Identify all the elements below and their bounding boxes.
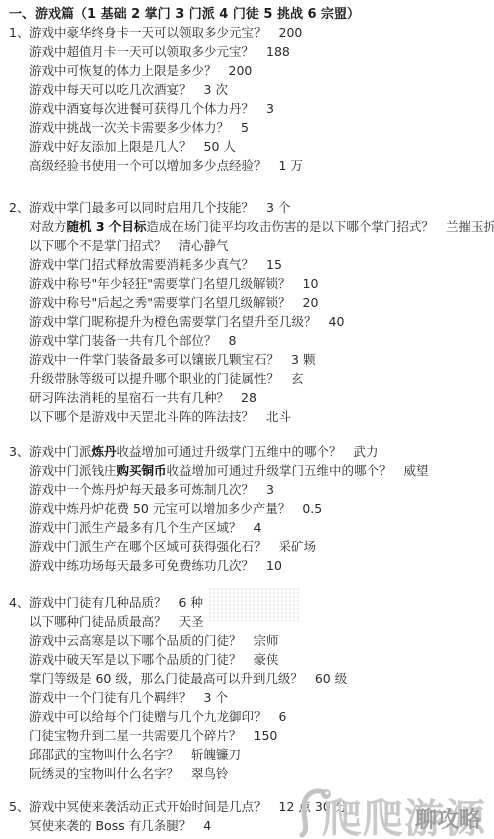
qa-row: 对敌方随机 3 个目标造成在场门徒平均攻击伤害的是以下哪个掌门招式？兰摧玉折 xyxy=(0,218,494,236)
answer: 豪侠 xyxy=(254,652,279,667)
question: 以下哪个是游戏中天罡北斗阵的阵法技？ xyxy=(29,409,254,424)
answer: 6 种 xyxy=(179,595,203,610)
answer: 武力 xyxy=(354,444,379,459)
question-prefix: 游戏中门派 xyxy=(29,444,92,459)
question-suffix: 造成在场门徒平均攻击伤害的是以下哪个掌门招式？ xyxy=(146,219,434,234)
question: 游戏中豪华终身卡一天可以领取多少元宝？ xyxy=(29,25,267,40)
qa-row: 门徒宝物升到二星一共需要几个碎片？150 xyxy=(0,727,494,745)
question: 游戏中门派生产在哪个区域可获得强化石？ xyxy=(29,539,267,554)
qa-row: 游戏中好友添加上限是几人？50 人 xyxy=(0,138,494,156)
answer: 10 xyxy=(266,558,282,573)
qa-row: 游戏中超值月卡一天可以领取多少元宝？188 xyxy=(0,43,494,61)
answer: 3 个 xyxy=(266,200,290,215)
question: 高级经验书使用一个可以增加多少点经验？ xyxy=(29,158,267,173)
answer: 斩魄镰刀 xyxy=(191,747,241,762)
qa-row: 游戏中酒宴每次进餐可获得几个体力丹？3 xyxy=(0,100,494,118)
answer: 60 级 xyxy=(315,671,347,686)
answer: 威望 xyxy=(404,463,429,478)
question: 游戏中一个炼丹炉每天最多可炼制几次？ xyxy=(29,482,254,497)
answer: 1 万 xyxy=(279,158,303,173)
question: 游戏中炼丹炉花费 50 元宝可以增加多少产量？ xyxy=(29,501,290,516)
answer: 200 xyxy=(229,63,253,78)
section-number: 2、 xyxy=(9,199,29,217)
question: 游戏中破天军是以下哪个品质的门徒？ xyxy=(29,652,242,667)
question: 游戏中云高寒是以下哪个品质的门徒？ xyxy=(29,633,242,648)
answer: 15 xyxy=(266,257,282,272)
answer: 200 xyxy=(279,25,303,40)
question: 游戏中门徒有几种品质？ xyxy=(29,595,167,610)
answer: 40 xyxy=(329,314,345,329)
question: 游戏中掌门最多可以同时启用几个技能？ xyxy=(29,200,254,215)
answer: 3 xyxy=(266,101,274,116)
qa-row: 研习阵法消耗的星宿石一共有几种？28 xyxy=(0,389,494,407)
section-number: 4、 xyxy=(9,594,29,612)
answer: 翠鸟铃 xyxy=(191,766,229,781)
answer: 玄 xyxy=(291,371,304,386)
answer: 3 xyxy=(266,482,274,497)
qa-row: 游戏中门派生产最多有几个生产区域？4 xyxy=(0,519,494,537)
qa-row: 阮绣灵的宝物叫什么名字？翠鸟铃 xyxy=(0,765,494,783)
qa-row: 游戏中门派钱庄购买铜币收益增加可通过升级掌门五维中的哪个？威望 xyxy=(0,462,494,480)
qa-row: 游戏中破天军是以下哪个品质的门徒？豪侠 xyxy=(0,651,494,669)
question: 游戏中称号"年少轻狂"需要掌门名望几级解锁？ xyxy=(29,276,291,291)
qa-row: 2、 游戏中掌门最多可以同时启用几个技能？3 个 xyxy=(0,199,494,217)
answer: 20 xyxy=(303,295,319,310)
answer: 北斗 xyxy=(266,409,291,424)
question: 游戏中可以给每个门徒赠与几个九龙御印？ xyxy=(29,709,267,724)
answer: 清心静气 xyxy=(179,238,229,253)
answer: 5 xyxy=(241,120,249,135)
qa-row: 游戏中挑战一次关卡需要多少体力？5 xyxy=(0,119,494,137)
question-prefix: 游戏中门派钱庄 xyxy=(29,463,117,478)
question: 游戏中称号"后起之秀"需要掌门名望几级解锁？ xyxy=(29,295,291,310)
question: 游戏中一个门徒有几个羁绊？ xyxy=(29,690,192,705)
question: 升级带脉等级可以提升哪个职业的门徒属性？ xyxy=(29,371,279,386)
document-page: 一、游戏篇（1 基础 2 掌门 3 门派 4 门徒 5 挑战 6 宗盟） 1、 … xyxy=(0,0,494,839)
question: 游戏中掌门装备一共有几个部位？ xyxy=(29,333,217,348)
question: 游戏中超值月卡一天可以领取多少元宝？ xyxy=(29,44,254,59)
answer: 采矿场 xyxy=(279,539,317,554)
answer: 50 人 xyxy=(204,139,236,154)
qa-row: 游戏中炼丹炉花费 50 元宝可以增加多少产量？0.5 xyxy=(0,500,494,518)
answer: 10 xyxy=(303,276,319,291)
question: 门徒宝物升到二星一共需要几个碎片？ xyxy=(29,728,242,743)
answer: 6 xyxy=(279,709,287,724)
qa-row: 升级带脉等级可以提升哪个职业的门徒属性？玄 xyxy=(0,370,494,388)
qa-row: 高级经验书使用一个可以增加多少点经验？1 万 xyxy=(0,157,494,175)
document-heading: 一、游戏篇（1 基础 2 掌门 3 门派 4 门徒 5 挑战 6 宗盟） xyxy=(9,3,360,22)
question: 游戏中酒宴每次进餐可获得几个体力丹？ xyxy=(29,101,254,116)
answer: 兰摧玉折 xyxy=(446,219,494,234)
qa-row: 游戏中门派生产在哪个区域可获得强化石？采矿场 xyxy=(0,538,494,556)
question-emphasis: 炼丹 xyxy=(92,444,117,459)
qa-row: 掌门等级是 60 级，那么门徒最高可以升到几级？60 级 xyxy=(0,670,494,688)
qa-row: 游戏中练功场每天最多可免费练功几次？10 xyxy=(0,557,494,575)
answer: 3 颗 xyxy=(291,352,315,367)
qa-row: 游戏中可以给每个门徒赠与几个九龙御印？6 xyxy=(0,708,494,726)
section-number: 3、 xyxy=(9,443,29,461)
answer: 0.5 xyxy=(302,501,322,516)
answer: 3 次 xyxy=(204,82,228,97)
qa-row: 1、 游戏中豪华终身卡一天可以领取多少元宝？200 xyxy=(0,24,494,42)
qa-row: 游戏中一个门徒有几个羁绊？3 个 xyxy=(0,689,494,707)
answer: 150 xyxy=(254,728,278,743)
question: 掌门等级是 60 级，那么门徒最高可以升到几级？ xyxy=(29,671,303,686)
answer: 8 xyxy=(229,333,237,348)
section-number: 5、 xyxy=(9,798,29,816)
qa-row: 游戏中一件掌门装备最多可以镶嵌几颗宝石？3 颗 xyxy=(0,351,494,369)
qa-row: 游戏中一个炼丹炉每天最多可炼制几次？3 xyxy=(0,481,494,499)
question: 游戏中门派生产最多有几个生产区域？ xyxy=(29,520,242,535)
qa-row: 邱邵武的宝物叫什么名字？斩魄镰刀 xyxy=(0,746,494,764)
question: 以下哪个不是掌门招式？ xyxy=(29,238,167,253)
question: 研习阵法消耗的星宿石一共有几种？ xyxy=(29,390,229,405)
qa-row: 以下哪个不是掌门招式？清心静气 xyxy=(0,237,494,255)
question-suffix: 收益增加可通过升级掌门五维中的哪个？ xyxy=(167,463,392,478)
watermark-subtext: 聊攻略 xyxy=(415,803,481,834)
answer: 28 xyxy=(241,390,257,405)
answer: 3 个 xyxy=(204,690,228,705)
qa-row: 游戏中称号"后起之秀"需要掌门名望几级解锁？20 xyxy=(0,294,494,312)
qa-row: 游戏中云高寒是以下哪个品质的门徒？宗师 xyxy=(0,632,494,650)
question: 游戏中冥使来袭活动正式开始时间是几点？ xyxy=(29,799,267,814)
qa-row: 游戏中掌门招式释放需要消耗多少真气？15 xyxy=(0,256,494,274)
qa-row: 游戏中可恢复的体力上限是多少？200 xyxy=(0,62,494,80)
answer: 宗师 xyxy=(254,633,279,648)
question: 冥使来袭的 Boss 有几条腿？ xyxy=(29,818,191,833)
qa-row: 游戏中掌门装备一共有几个部位？8 xyxy=(0,332,494,350)
question-emphasis: 购买铜币 xyxy=(117,463,167,478)
question: 游戏中挑战一次关卡需要多少体力？ xyxy=(29,120,229,135)
answer: 4 xyxy=(203,818,211,833)
qa-row: 以下哪个是游戏中天罡北斗阵的阵法技？北斗 xyxy=(0,408,494,426)
question: 游戏中练功场每天最多可免费练功几次？ xyxy=(29,558,254,573)
question: 游戏中一件掌门装备最多可以镶嵌几颗宝石？ xyxy=(29,352,279,367)
question: 游戏中掌门招式释放需要消耗多少真气？ xyxy=(29,257,254,272)
watermark: 爬爬游源 聊攻略 xyxy=(296,785,494,839)
question-prefix: 对敌方 xyxy=(29,219,67,234)
qa-row: 4、 游戏中门徒有几种品质？6 种 xyxy=(0,594,494,612)
question: 游戏中每天可以吃几次酒宴？ xyxy=(29,82,192,97)
question: 游戏中好友添加上限是几人？ xyxy=(29,139,192,154)
qa-row: 以下哪种门徒品质最高？天圣 xyxy=(0,613,494,631)
question: 阮绣灵的宝物叫什么名字？ xyxy=(29,766,179,781)
answer: 188 xyxy=(266,44,290,59)
question: 游戏中可恢复的体力上限是多少？ xyxy=(29,63,217,78)
answer: 4 xyxy=(254,520,262,535)
qa-row: 3、 游戏中门派炼丹收益增加可通过升级掌门五维中的哪个？武力 xyxy=(0,443,494,461)
qa-row: 游戏中每天可以吃几次酒宴？3 次 xyxy=(0,81,494,99)
section-number: 1、 xyxy=(9,24,29,42)
qa-row: 游戏中掌门昵称提升为橙色需要掌门名望升至几级？40 xyxy=(0,313,494,331)
question: 邱邵武的宝物叫什么名字？ xyxy=(29,747,179,762)
question: 以下哪种门徒品质最高？ xyxy=(29,614,167,629)
question-emphasis: 随机 3 个目标 xyxy=(67,219,147,234)
answer: 天圣 xyxy=(179,614,204,629)
qa-row: 游戏中称号"年少轻狂"需要掌门名望几级解锁？10 xyxy=(0,275,494,293)
question: 游戏中掌门昵称提升为橙色需要掌门名望升至几级？ xyxy=(29,314,317,329)
question-suffix: 收益增加可通过升级掌门五维中的哪个？ xyxy=(117,444,342,459)
